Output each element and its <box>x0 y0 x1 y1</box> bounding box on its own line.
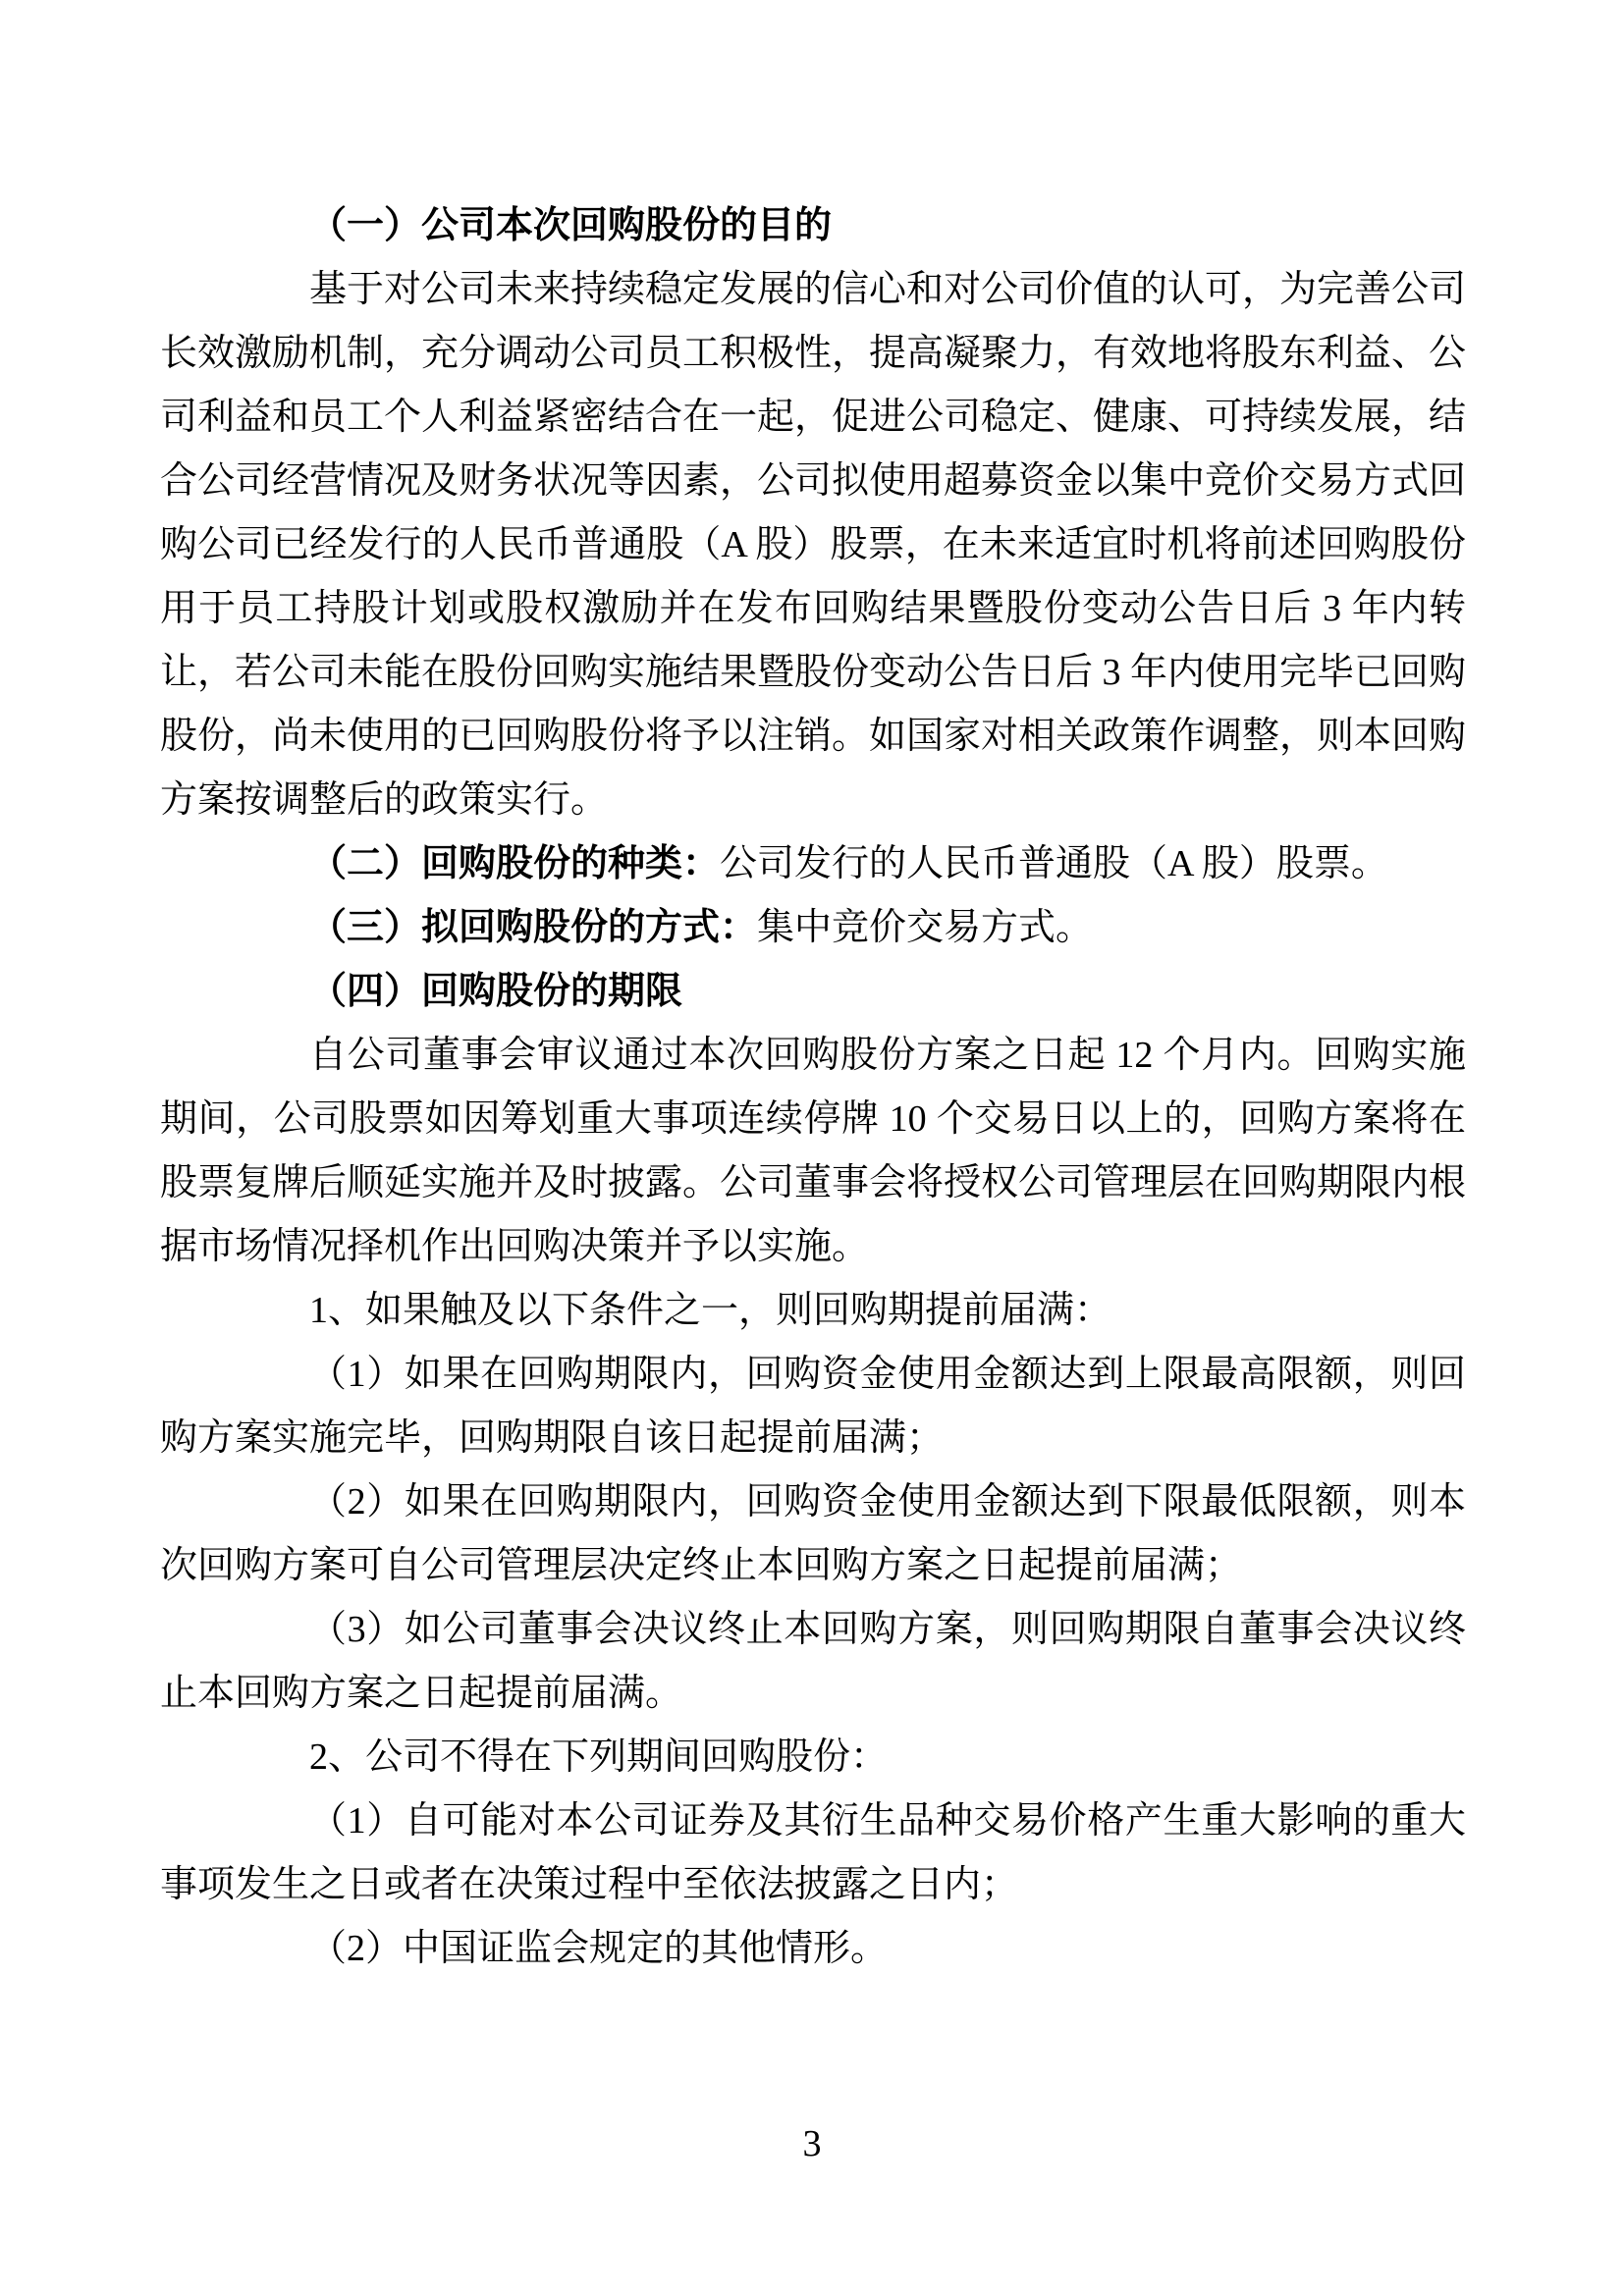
section-4-body: 自公司董事会审议通过本次回购股份方案之日起 12 个月内。回购实施期间，公司股票… <box>160 1024 1466 1279</box>
text-run: 公司发行的人民币普通股（A 股）股票。 <box>720 843 1388 884</box>
text-run: （1）如果在回购期限内，回购资金使用金额达到上限最高限额，则回购方案实施完毕，回… <box>160 1354 1466 1459</box>
heading-bold-run: （二）回购股份的种类： <box>309 843 720 884</box>
heading-bold-run: （三）拟回购股份的方式： <box>309 907 757 948</box>
condition-item-3: （3）如公司董事会决议终止本回购方案，则回购期限自董事会决议终止本回购方案之日起… <box>160 1598 1466 1726</box>
section-1-heading: （一）公司本次回购股份的目的 <box>160 194 1466 258</box>
document-page: （一）公司本次回购股份的目的 基于对公司未来持续稳定发展的信心和对公司价值的认可… <box>0 0 1624 2296</box>
text-run: 自公司董事会审议通过本次回购股份方案之日起 12 个月内。回购实施期间，公司股票… <box>160 1035 1466 1267</box>
condition-item-2: （2）如果在回购期限内，回购资金使用金额达到下限最低限额，则本次回购方案可自公司… <box>160 1470 1466 1598</box>
condition-list-intro: 1、如果触及以下条件之一，则回购期提前届满： <box>160 1279 1466 1343</box>
restriction-item-1: （1）自可能对本公司证券及其衍生品种交易价格产生重大影响的重大事项发生之日或者在… <box>160 1789 1466 1917</box>
section-1-body: 基于对公司未来持续稳定发展的信心和对公司价值的认可，为完善公司长效激励机制，充分… <box>160 258 1466 832</box>
heading-bold-run: （四）回购股份的期限 <box>309 971 682 1012</box>
text-run: 1、如果触及以下条件之一，则回购期提前届满： <box>309 1290 1111 1331</box>
restriction-list-intro: 2、公司不得在下列期间回购股份： <box>160 1726 1466 1789</box>
text-run: 基于对公司未来持续稳定发展的信心和对公司价值的认可，为完善公司长效激励机制，充分… <box>160 269 1466 821</box>
text-run: （2）中国证监会规定的其他情形。 <box>309 1928 888 1969</box>
restriction-item-2: （2）中国证监会规定的其他情形。 <box>160 1917 1466 1981</box>
heading-bold-run: （一）公司本次回购股份的目的 <box>309 205 832 246</box>
text-run: （3）如公司董事会决议终止本回购方案，则回购期限自董事会决议终止本回购方案之日起… <box>160 1609 1466 1714</box>
page-number: 3 <box>0 2112 1624 2176</box>
section-4-heading: （四）回购股份的期限 <box>160 960 1466 1024</box>
section-3-line: （三）拟回购股份的方式：集中竞价交易方式。 <box>160 896 1466 960</box>
section-2-line: （二）回购股份的种类：公司发行的人民币普通股（A 股）股票。 <box>160 832 1466 896</box>
condition-item-1: （1）如果在回购期限内，回购资金使用金额达到上限最高限额，则回购方案实施完毕，回… <box>160 1343 1466 1470</box>
document-content: （一）公司本次回购股份的目的 基于对公司未来持续稳定发展的信心和对公司价值的认可… <box>160 194 1466 1981</box>
text-run: 集中竞价交易方式。 <box>757 907 1093 948</box>
text-run: （2）如果在回购期限内，回购资金使用金额达到下限最低限额，则本次回购方案可自公司… <box>160 1481 1466 1586</box>
text-run: （1）自可能对本公司证券及其衍生品种交易价格产生重大影响的重大事项发生之日或者在… <box>160 1800 1466 1905</box>
text-run: 2、公司不得在下列期间回购股份： <box>309 1736 888 1778</box>
